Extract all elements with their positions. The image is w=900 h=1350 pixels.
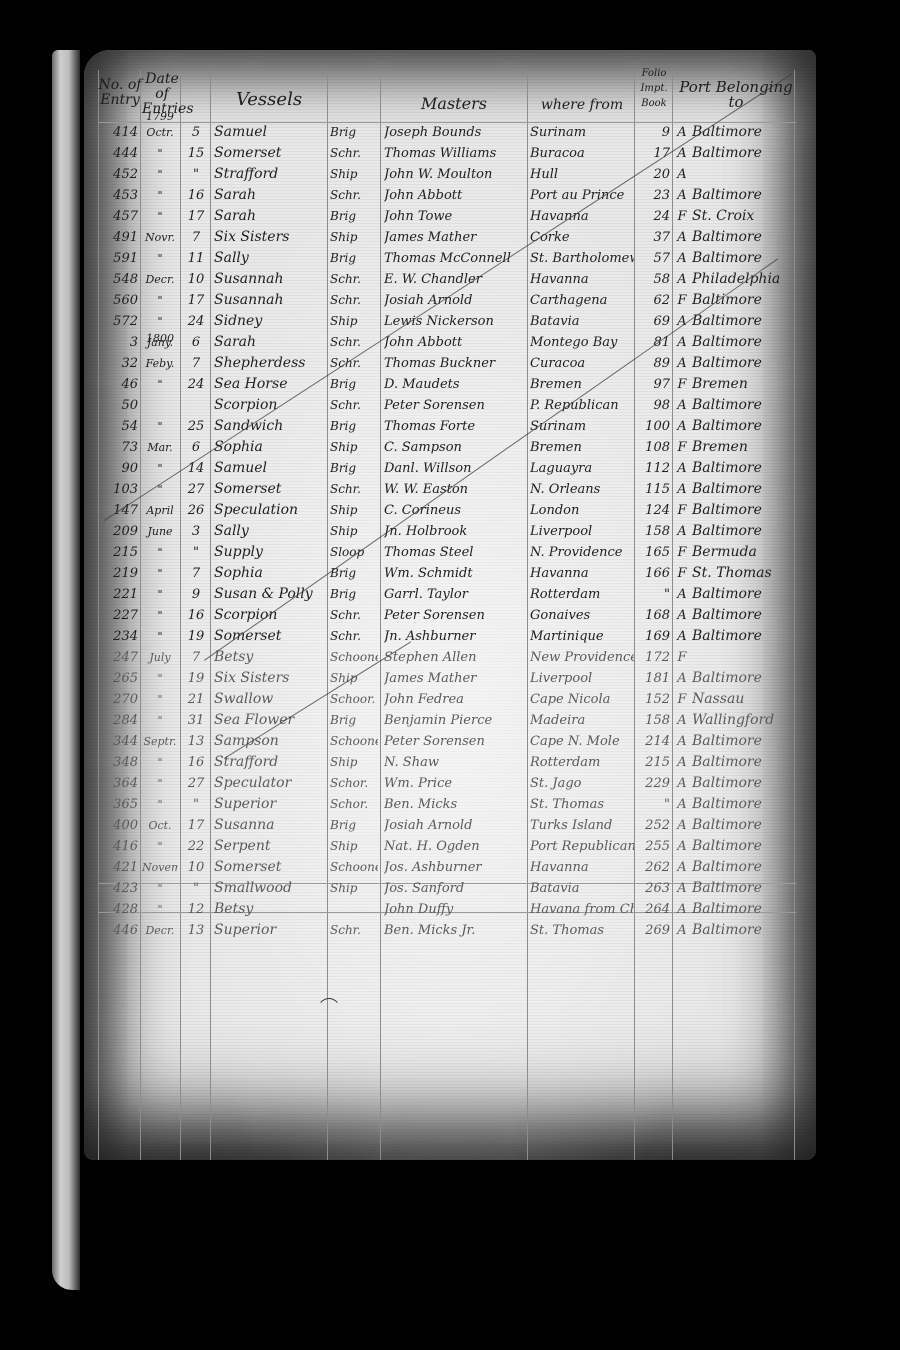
ledger-row: 414Octr.5SamuelBrigJoseph BoundsSurinam9…	[84, 122, 816, 143]
master-name: C. Sampson	[384, 437, 524, 458]
origin-port: Surinam	[530, 122, 634, 143]
master-name: Peter Sorensen	[384, 395, 524, 416]
origin-port: Laguayra	[530, 458, 634, 479]
flag-code: A	[676, 248, 688, 269]
origin-port: St. Bartholomew	[530, 248, 634, 269]
origin-port: Batavia	[530, 311, 634, 332]
vessel-rig: Brig	[330, 206, 378, 227]
entry-day: "	[184, 878, 208, 899]
book-folio: 57	[636, 248, 670, 269]
entry-month: "	[142, 752, 178, 773]
book-folio: 172	[636, 647, 670, 668]
flag-code: A	[676, 794, 688, 815]
book-folio: 89	[636, 353, 670, 374]
vessel-name: Serpent	[214, 836, 324, 857]
flag-code: A	[676, 773, 688, 794]
entry-day: 7	[184, 647, 208, 668]
entry-number: 227	[100, 605, 138, 626]
origin-port: Bremen	[530, 437, 634, 458]
flag-code: F	[676, 290, 688, 311]
entry-number: 54	[100, 416, 138, 437]
entry-month: "	[142, 605, 178, 626]
vessel-rig: Ship	[330, 752, 378, 773]
origin-port: P. Republican	[530, 395, 634, 416]
vessel-rig: Schr.	[330, 479, 378, 500]
entry-number: 548	[100, 269, 138, 290]
master-name: Benjamin Pierce	[384, 710, 524, 731]
ledger-row: 73Mar.6SophiaShipC. SampsonBremen108FBre…	[84, 437, 816, 458]
header-entry-no: No. of Entry	[98, 78, 142, 108]
book-folio: "	[636, 794, 670, 815]
vessel-name: Six Sisters	[214, 668, 324, 689]
ledger-row: 147April26SpeculationShipC. CorineusLond…	[84, 500, 816, 521]
ledger-row: 270"21SwallowSchoor.John FedreaCape Nico…	[84, 689, 816, 710]
flag-code: F	[676, 542, 688, 563]
vessel-rig: Ship	[330, 521, 378, 542]
entry-day: 25	[184, 416, 208, 437]
home-port: Baltimore	[692, 290, 810, 311]
origin-port: Liverpool	[530, 521, 634, 542]
entry-month: "	[142, 374, 178, 395]
entry-month: "	[142, 248, 178, 269]
origin-port: Liverpool	[530, 668, 634, 689]
entry-day: 21	[184, 689, 208, 710]
home-port: Baltimore	[692, 521, 810, 542]
ledger-row: 54"25SandwichBrigThomas ForteSurinam100A…	[84, 416, 816, 437]
flag-code: A	[676, 668, 688, 689]
origin-port: Carthagena	[530, 290, 634, 311]
entry-number: 32	[100, 353, 138, 374]
vessel-name: Betsy	[214, 899, 324, 920]
book-folio: 152	[636, 689, 670, 710]
entry-month: "	[142, 710, 178, 731]
entry-day: 22	[184, 836, 208, 857]
vessel-rig: Brig	[330, 122, 378, 143]
entry-number: 423	[100, 878, 138, 899]
ledger-row: 265"19Six SistersShipJames MatherLiverpo…	[84, 668, 816, 689]
entry-number: 247	[100, 647, 138, 668]
master-name: E. W. Chandler	[384, 269, 524, 290]
flag-code: A	[676, 710, 688, 731]
ledger-row: 421Novem.10SomersetSchoonerJos. Ashburne…	[84, 857, 816, 878]
entry-number: 209	[100, 521, 138, 542]
entry-number: 90	[100, 458, 138, 479]
vessel-rig: Ship	[330, 227, 378, 248]
home-port: Baltimore	[692, 731, 810, 752]
entry-day: "	[184, 794, 208, 815]
vessel-name: Sophia	[214, 437, 324, 458]
vessel-name: Sophia	[214, 563, 324, 584]
entry-number: 428	[100, 899, 138, 920]
vessel-name: Susannah	[214, 290, 324, 311]
vessel-name: Sampson	[214, 731, 324, 752]
book-folio: 255	[636, 836, 670, 857]
ledger-row: 548Decr.10SusannahSchr.E. W. ChandlerHav…	[84, 269, 816, 290]
entry-day: 24	[184, 311, 208, 332]
entry-month: "	[142, 542, 178, 563]
entry-day: 19	[184, 668, 208, 689]
entry-number: 50	[100, 395, 138, 416]
master-name: Stephen Allen	[384, 647, 524, 668]
ledger-row: 32Feby.7ShepherdessSchr.Thomas BucknerCu…	[84, 353, 816, 374]
entry-month: June	[142, 521, 178, 542]
entry-number: 234	[100, 626, 138, 647]
home-port: Baltimore	[692, 668, 810, 689]
vessel-rig: Schooner	[330, 857, 378, 878]
vessel-name: Samuel	[214, 122, 324, 143]
entry-month: Decr.	[142, 920, 178, 941]
book-folio: 252	[636, 815, 670, 836]
book-folio: 20	[636, 164, 670, 185]
master-name: Thomas Forte	[384, 416, 524, 437]
origin-port: Havanna	[530, 857, 634, 878]
header-book: Folio Impt. Book	[634, 66, 674, 111]
entry-month: "	[142, 584, 178, 605]
master-name: John Towe	[384, 206, 524, 227]
entry-number: 73	[100, 437, 138, 458]
entry-number: 416	[100, 836, 138, 857]
entry-day: 17	[184, 206, 208, 227]
book-folio: 37	[636, 227, 670, 248]
origin-port: Madeira	[530, 710, 634, 731]
entry-number: 446	[100, 920, 138, 941]
book-folio: 97	[636, 374, 670, 395]
entry-day: 13	[184, 920, 208, 941]
vessel-rig: Schooner	[330, 731, 378, 752]
vessel-rig: Ship	[330, 164, 378, 185]
vessel-rig: Schr.	[330, 143, 378, 164]
entry-month: "	[142, 311, 178, 332]
home-port: Baltimore	[692, 185, 810, 206]
vessel-name: Speculator	[214, 773, 324, 794]
home-port: Nassau	[692, 689, 810, 710]
book-folio: 165	[636, 542, 670, 563]
ledger-row: 215""SupplySloopThomas SteelN. Providenc…	[84, 542, 816, 563]
vessel-name: Betsy	[214, 647, 324, 668]
origin-port: New Providence	[530, 647, 634, 668]
flag-code: A	[676, 836, 688, 857]
ledger-row: 428"12BetsyJohn DuffyHavana from Charles…	[84, 899, 816, 920]
flag-code: A	[676, 185, 688, 206]
entry-number: 265	[100, 668, 138, 689]
flag-code: A	[676, 920, 688, 941]
vessel-rig: Schr.	[330, 332, 378, 353]
vessel-rig: Schr.	[330, 290, 378, 311]
entry-day: 19	[184, 626, 208, 647]
entry-number: 421	[100, 857, 138, 878]
home-port: Baltimore	[692, 878, 810, 899]
home-port: Baltimore	[692, 248, 810, 269]
entry-number: 572	[100, 311, 138, 332]
entry-month: Decr.	[142, 269, 178, 290]
entry-month: "	[142, 416, 178, 437]
vessel-rig: Schoor.	[330, 689, 378, 710]
flag-code: F	[676, 563, 688, 584]
origin-port: Martinique	[530, 626, 634, 647]
book-folio: 269	[636, 920, 670, 941]
master-name: Jn. Holbrook	[384, 521, 524, 542]
home-port: Baltimore	[692, 227, 810, 248]
entry-number: 344	[100, 731, 138, 752]
flag-code: A	[676, 332, 688, 353]
book-folio: 124	[636, 500, 670, 521]
entry-month: "	[142, 878, 178, 899]
book-folio: 264	[636, 899, 670, 920]
vessel-name: Shepherdess	[214, 353, 324, 374]
home-port: Baltimore	[692, 794, 810, 815]
flag-code: F	[676, 647, 688, 668]
home-port: Bermuda	[692, 542, 810, 563]
entry-day: 7	[184, 227, 208, 248]
book-folio: 158	[636, 521, 670, 542]
flag-code: A	[676, 122, 688, 143]
entry-month: "	[142, 563, 178, 584]
entry-number: 348	[100, 752, 138, 773]
ledger-row: 457"17SarahBrigJohn ToweHavanna24FSt. Cr…	[84, 206, 816, 227]
book-folio: 168	[636, 605, 670, 626]
vessel-rig: Schor.	[330, 794, 378, 815]
book-folio: 24	[636, 206, 670, 227]
book-folio: 81	[636, 332, 670, 353]
vessel-name: Somerset	[214, 626, 324, 647]
home-port: Baltimore	[692, 815, 810, 836]
vessel-rig: Ship	[330, 437, 378, 458]
vessel-rig: Ship	[330, 311, 378, 332]
master-name: Garrl. Taylor	[384, 584, 524, 605]
book-folio: 158	[636, 710, 670, 731]
ledger-row: 209June3SallyShipJn. HolbrookLiverpool15…	[84, 521, 816, 542]
entry-month: "	[142, 773, 178, 794]
origin-port: N. Orleans	[530, 479, 634, 500]
master-name: John Fedrea	[384, 689, 524, 710]
home-port: Baltimore	[692, 626, 810, 647]
master-name: John Abbott	[384, 185, 524, 206]
home-port: Philadelphia	[692, 269, 810, 290]
ledger-page: No. of Entry Date of Entries Vessels Mas…	[84, 50, 816, 1160]
column-headers: No. of Entry Date of Entries Vessels Mas…	[84, 60, 816, 130]
flag-code: A	[676, 731, 688, 752]
home-port: Baltimore	[692, 920, 810, 941]
vessel-name: Sarah	[214, 332, 324, 353]
vessel-name: Smallwood	[214, 878, 324, 899]
vessel-name: Strafford	[214, 752, 324, 773]
entry-month: April	[142, 500, 178, 521]
entry-day: 17	[184, 290, 208, 311]
home-port: Baltimore	[692, 584, 810, 605]
home-port: Wallingford	[692, 710, 810, 731]
vessel-name: Superior	[214, 794, 324, 815]
entry-number: 457	[100, 206, 138, 227]
vessel-rig: Schr.	[330, 605, 378, 626]
entry-month: "	[142, 290, 178, 311]
flag-code: A	[676, 857, 688, 878]
master-name: Danl. Willson	[384, 458, 524, 479]
home-port: Baltimore	[692, 416, 810, 437]
flag-code: A	[676, 395, 688, 416]
entry-day: 7	[184, 563, 208, 584]
home-port: St. Croix	[692, 206, 810, 227]
ledger-row: 365""SuperiorSchor.Ben. MicksSt. Thomas"…	[84, 794, 816, 815]
master-name: Peter Sorensen	[384, 731, 524, 752]
book-folio: 9	[636, 122, 670, 143]
vessel-name: Supply	[214, 542, 324, 563]
vessel-rig: Ship	[330, 836, 378, 857]
home-port: Baltimore	[692, 899, 810, 920]
book-folio: 229	[636, 773, 670, 794]
master-name: Wm. Price	[384, 773, 524, 794]
home-port: Baltimore	[692, 143, 810, 164]
flag-code: F	[676, 437, 688, 458]
flag-code: A	[676, 815, 688, 836]
vessel-rig: Schr.	[330, 920, 378, 941]
entry-number: 491	[100, 227, 138, 248]
ledger-row: 452""StraffordShipJohn W. MoultonHull20A	[84, 164, 816, 185]
origin-port: Bremen	[530, 374, 634, 395]
home-port: St. Thomas	[692, 563, 810, 584]
entry-month: "	[142, 164, 178, 185]
entry-number: 103	[100, 479, 138, 500]
ledger-row: 400Oct.17SusannaBrigJosiah ArnoldTurks I…	[84, 815, 816, 836]
home-port: Baltimore	[692, 752, 810, 773]
flag-code: A	[676, 479, 688, 500]
master-name: Peter Sorensen	[384, 605, 524, 626]
book-folio: 62	[636, 290, 670, 311]
header-masters: Masters	[384, 96, 524, 111]
flag-code: A	[676, 416, 688, 437]
vessel-name: Sally	[214, 248, 324, 269]
entry-day: 17	[184, 815, 208, 836]
vessel-name: Sarah	[214, 206, 324, 227]
entry-day: 11	[184, 248, 208, 269]
master-name: Thomas Steel	[384, 542, 524, 563]
master-name: James Mather	[384, 227, 524, 248]
vessel-rig: Schr.	[330, 395, 378, 416]
vessel-rig: Brig	[330, 815, 378, 836]
master-name: Wm. Schmidt	[384, 563, 524, 584]
entry-number: 414	[100, 122, 138, 143]
entry-month: "	[142, 626, 178, 647]
ink-mark	[316, 998, 342, 1030]
book-folio: 215	[636, 752, 670, 773]
entry-month: "	[142, 899, 178, 920]
entry-day: 6	[184, 332, 208, 353]
master-name: James Mather	[384, 668, 524, 689]
home-port: Baltimore	[692, 500, 810, 521]
entry-day: 26	[184, 500, 208, 521]
vessel-rig: Brig	[330, 248, 378, 269]
entry-day: 12	[184, 899, 208, 920]
master-name: Thomas McConnell	[384, 248, 524, 269]
entry-day: 27	[184, 773, 208, 794]
master-name: Nat. H. Ogden	[384, 836, 524, 857]
entry-number: 364	[100, 773, 138, 794]
origin-port: Gonaives	[530, 605, 634, 626]
flag-code: A	[676, 458, 688, 479]
master-name: Ben. Micks	[384, 794, 524, 815]
vessel-name: Sidney	[214, 311, 324, 332]
book-folio: 115	[636, 479, 670, 500]
origin-port: Port au Prince	[530, 185, 634, 206]
vessel-name: Sally	[214, 521, 324, 542]
vessel-name: Sea Flower	[214, 710, 324, 731]
entry-day: 16	[184, 605, 208, 626]
origin-port: Havanna	[530, 563, 634, 584]
entry-day: 24	[184, 374, 208, 395]
ledger-spine	[52, 50, 80, 1290]
master-name: D. Maudets	[384, 374, 524, 395]
book-folio: 100	[636, 416, 670, 437]
book-folio: 58	[636, 269, 670, 290]
master-name: Lewis Nickerson	[384, 311, 524, 332]
origin-port: Cape N. Mole	[530, 731, 634, 752]
ledger-row: 234"19SomersetSchr.Jn. AshburnerMartiniq…	[84, 626, 816, 647]
entry-number: 591	[100, 248, 138, 269]
vessel-rig: Schr.	[330, 626, 378, 647]
vessel-rig: Ship	[330, 878, 378, 899]
flag-code: F	[676, 374, 688, 395]
master-name: Joseph Bounds	[384, 122, 524, 143]
book-folio: 69	[636, 311, 670, 332]
book-folio: 181	[636, 668, 670, 689]
ledger-row: 221"9Susan & PollyBrigGarrl. TaylorRotte…	[84, 584, 816, 605]
entry-day: 16	[184, 185, 208, 206]
book-folio: 214	[636, 731, 670, 752]
vessel-rig: Sloop	[330, 542, 378, 563]
flag-code: A	[676, 899, 688, 920]
vessel-rig: Ship	[330, 500, 378, 521]
ledger-row: 46"24Sea HorseBrigD. MaudetsBremen97FBre…	[84, 374, 816, 395]
entry-month: Octr.	[142, 122, 178, 143]
entry-number: 444	[100, 143, 138, 164]
origin-port: Havana from Charleston	[530, 899, 634, 920]
header-vessels: Vessels	[224, 92, 314, 107]
book-folio: 166	[636, 563, 670, 584]
entry-day: 13	[184, 731, 208, 752]
entry-number: 453	[100, 185, 138, 206]
entry-number: 284	[100, 710, 138, 731]
entry-day: 31	[184, 710, 208, 731]
book-folio: 112	[636, 458, 670, 479]
home-port: Baltimore	[692, 479, 810, 500]
ledger-row: 453"16SarahSchr.John AbbottPort au Princ…	[84, 185, 816, 206]
origin-port: N. Providence	[530, 542, 634, 563]
flag-code: A	[676, 164, 688, 185]
ledger-row: 364"27SpeculatorSchor.Wm. PriceSt. Jago2…	[84, 773, 816, 794]
entry-month: "	[142, 794, 178, 815]
flag-code: F	[676, 206, 688, 227]
origin-port: London	[530, 500, 634, 521]
entry-number: 3	[100, 332, 138, 353]
book-folio: 23	[636, 185, 670, 206]
entry-number: 400	[100, 815, 138, 836]
origin-port: Rotterdam	[530, 752, 634, 773]
flag-code: A	[676, 626, 688, 647]
book-folio: 169	[636, 626, 670, 647]
home-port: Baltimore	[692, 332, 810, 353]
origin-port: Cape Nicola	[530, 689, 634, 710]
ledger-row: 491Novr.7Six SistersShipJames MatherCork…	[84, 227, 816, 248]
flag-code: F	[676, 689, 688, 710]
home-port: Baltimore	[692, 458, 810, 479]
origin-port: St. Jago	[530, 773, 634, 794]
vessel-rig: Brig	[330, 374, 378, 395]
entry-month: "	[142, 689, 178, 710]
vessel-rig: Brig	[330, 584, 378, 605]
home-port: Baltimore	[692, 836, 810, 857]
vessel-name: Speculation	[214, 500, 324, 521]
master-name: Josiah Arnold	[384, 815, 524, 836]
master-name: John Duffy	[384, 899, 524, 920]
